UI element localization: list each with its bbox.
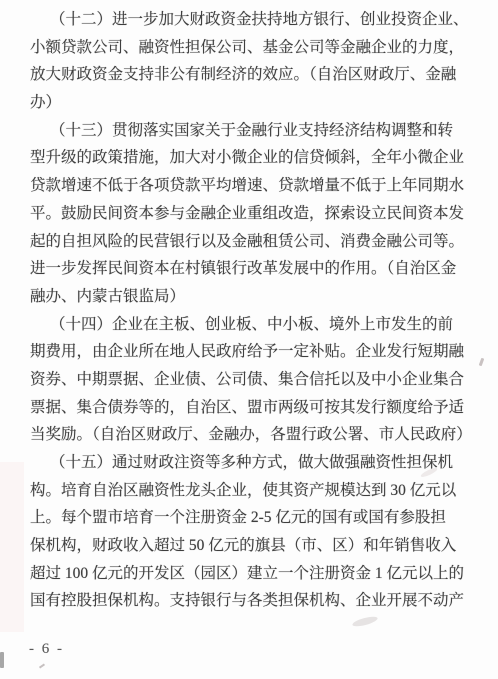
paragraph-item-12-line-4: 办）	[30, 89, 476, 117]
paragraph-item-13-line-3: 贷款增速不低于各项贷款平均增速、贷款增量不低于上年同期水	[30, 172, 476, 200]
paragraph-item-14-line-4: 票据、集合债券等的，自治区、盟市两级可按其发行额度给予适	[30, 394, 476, 422]
paragraph-item-13-line-4: 平。鼓励民间资本参与金融企业重组改造，探索设立民间资本发	[30, 200, 476, 228]
paragraph-item-12-line-3: 放大财政资金支持非公有制经济的效应。（自治区财政厅、金融	[30, 61, 476, 89]
paragraph-item-14-line-1: （十四）企业在主板、创业板、中小板、境外上市发生的前	[30, 311, 476, 339]
paragraph-item-15-line-4: 保机构，财政收入超过 50 亿元的旗县（市、区）和年销售收入	[30, 532, 476, 560]
paragraph-item-13-line-5: 起的自担风险的民营银行以及金融租赁公司、消费金融公司等。	[30, 228, 476, 256]
paragraph-item-15-line-6: 国有控股担保机构。支持银行与各类担保机构、企业开展不动产	[30, 587, 476, 615]
scan-artifact-smudge-bottom	[352, 615, 379, 628]
paragraph-item-12-line-1: （十二）进一步加大财政资金扶持地方银行、创业投资企业、	[30, 6, 476, 34]
document-body: （十二）进一步加大财政资金扶持地方银行、创业投资企业、小额贷款公司、融资性担保公…	[30, 6, 476, 615]
paragraph-item-13-line-6: 进一步发挥民间资本在村镇银行改革发展中的作用。（自治区金	[30, 255, 476, 283]
paragraph-item-15-line-5: 超过 100 亿元的开发区（园区）建立一个注册资金 1 亿元以上的	[30, 560, 476, 588]
scan-artifact-speck-right	[479, 358, 485, 367]
scanned-document-page: （十二）进一步加大财政资金扶持地方银行、创业投资企业、小额贷款公司、融资性担保公…	[0, 0, 498, 679]
paragraph-item-15-line-1: （十五）通过财政注资等多种方式，做大做强融资性担保机	[30, 449, 476, 477]
paragraph-item-15-line-3: 上。每个盟市培育一个注册资金 2-5 亿元的国有或国有参股担	[30, 504, 476, 532]
paragraph-item-14-line-3: 资券、中期票据、企业债、公司债、集合信托以及中小企业集合	[30, 366, 476, 394]
paragraph-item-15-line-2: 构。培育自治区融资性龙头企业，使其资产规模达到 30 亿元以	[30, 477, 476, 505]
paragraph-item-13-line-2: 型升级的政策措施，加大对小微企业的信贷倾斜，全年小微企业	[30, 144, 476, 172]
paragraph-item-13-line-1: （十三）贯彻落实国家关于金融行业支持经济结构调整和转	[30, 117, 476, 145]
paragraph-item-14-line-2: 期费用，由企业所在地人民政府给予一定补贴。企业发行短期融	[30, 338, 476, 366]
page-number: - 6 -	[29, 641, 64, 658]
paragraph-item-13-line-7: 融办、内蒙古银监局）	[30, 283, 476, 311]
paragraph-item-12-line-2: 小额贷款公司、融资性担保公司、基金公司等金融企业的力度，	[30, 34, 476, 62]
scan-tint-band	[0, 462, 24, 632]
paragraph-item-14-line-5: 当奖励。（自治区财政厅、金融办，各盟行政公署、市人民政府）	[30, 421, 476, 449]
scan-artifact-tick	[39, 663, 45, 668]
scan-artifact-corner	[0, 652, 4, 668]
